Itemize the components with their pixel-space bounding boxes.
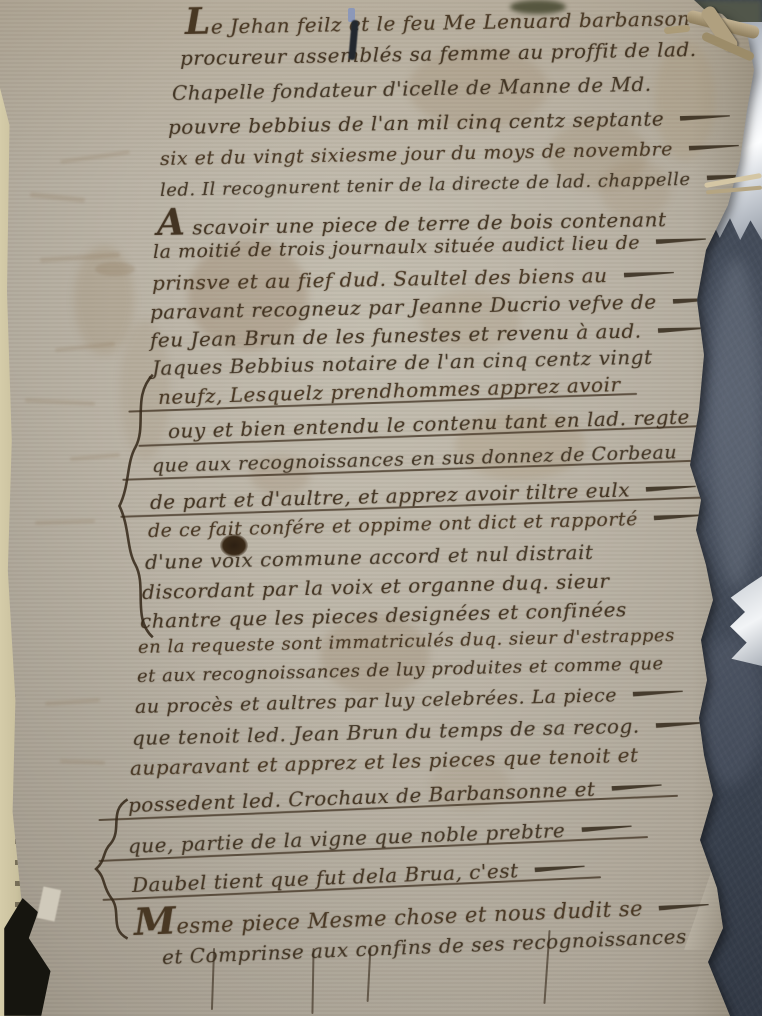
line-filler-dash [534, 864, 584, 873]
line-text: d'une voix commune accord et nul distrai… [145, 540, 594, 574]
line-filler-dash [657, 325, 707, 333]
manuscript-line-28: Daubel tient que fut dela Brua, c'est [132, 856, 585, 897]
line-text: Chapelle fondateur d'icelle de Manne de … [172, 72, 652, 105]
line-text: que aux recognoissances en sus donnez de… [152, 441, 678, 477]
line-filler-dash [680, 113, 730, 121]
manuscript-line-25: auparavant et apprez et les pieces que t… [130, 743, 639, 780]
manuscript-line-15: que aux recognoissances en sus donnez de… [152, 441, 678, 477]
line-text: au procès et aultres par luy celebrées. … [135, 684, 618, 718]
line-text: possedent led. Crochaux de Barbansonne e… [128, 777, 596, 817]
line-text: prinsve et au fief dud. Saultel des bien… [152, 263, 608, 295]
line-text: led. Il recognurent tenir de la directe … [160, 169, 691, 201]
manuscript-line-18: d'une voix commune accord et nul distrai… [145, 540, 594, 574]
manuscript-line-6: led. Il recognurent tenir de la directe … [160, 168, 757, 201]
line-text: ouy et bien entendu le contenu tant en l… [168, 404, 690, 443]
line-filler-dash [659, 902, 709, 911]
manuscript-line-26: possedent led. Crochaux de Barbansonne e… [128, 774, 662, 817]
manuscript-line-23: au procès et aultres par luy celebrées. … [135, 683, 683, 718]
paper-sheet: Le Jehan feilz et le feu Me Lenuard barb… [0, 0, 762, 1016]
line-text: et aux recognoissances de luy produites … [137, 653, 664, 687]
manuscript-line-5: six et du vingt sixiesme jour du moys de… [160, 137, 739, 170]
line-text: de part et d'aultre, et apprez avoir til… [150, 477, 631, 514]
manuscript-line-2: procureur assemblés sa femme au proffit … [180, 37, 697, 70]
lower-margin-brace-icon [94, 798, 136, 940]
line-filler-dash [655, 720, 705, 728]
manuscript-line-14: ouy et bien entendu le contenu tant en l… [168, 404, 690, 443]
manuscript-line-27: que, partie de la vigne que noble prebtr… [128, 816, 632, 858]
line-filler-dash [611, 783, 661, 791]
manuscript-line-4: pouvre bebbius de l'an mil cinq centz se… [168, 105, 731, 139]
line-filler-dash [581, 824, 631, 833]
manuscript-photograph: Le Jehan feilz et le feu Me Lenuard barb… [0, 0, 762, 1016]
line-text: Le Jehan feilz et le feu Me Lenuard barb… [185, 6, 691, 39]
paper-sheet-wrapper: Le Jehan feilz et le feu Me Lenuard barb… [0, 0, 762, 1016]
line-text: que, partie de la vigne que noble prebtr… [128, 818, 566, 858]
manuscript-line-1: Le Jehan feilz et le feu Me Lenuard barb… [185, 1, 691, 39]
upper-margin-brace-icon [116, 372, 162, 640]
line-text: auparavant et apprez et les pieces que t… [130, 743, 639, 780]
manuscript-line-22: et aux recognoissances de luy produites … [137, 653, 664, 687]
line-filler-dash [654, 513, 704, 521]
line-filler-dash [646, 484, 696, 492]
line-filler-dash [672, 296, 722, 304]
manuscript-line-3: Chapelle fondateur d'icelle de Manne de … [172, 72, 652, 105]
line-text: pouvre bebbius de l'an mil cinq centz se… [168, 106, 665, 139]
olive-smudge [510, 0, 566, 14]
line-filler-dash [689, 143, 739, 151]
line-filler-dash [623, 270, 673, 278]
line-filler-dash [656, 237, 706, 245]
line-text: Daubel tient que fut dela Brua, c'est [132, 858, 519, 897]
ink-blot [220, 534, 248, 557]
line-filler-dash [633, 689, 683, 697]
line-text: six et du vingt sixiesme jour du moys de… [160, 138, 673, 170]
line-text: procureur assemblés sa femme au proffit … [180, 37, 697, 70]
